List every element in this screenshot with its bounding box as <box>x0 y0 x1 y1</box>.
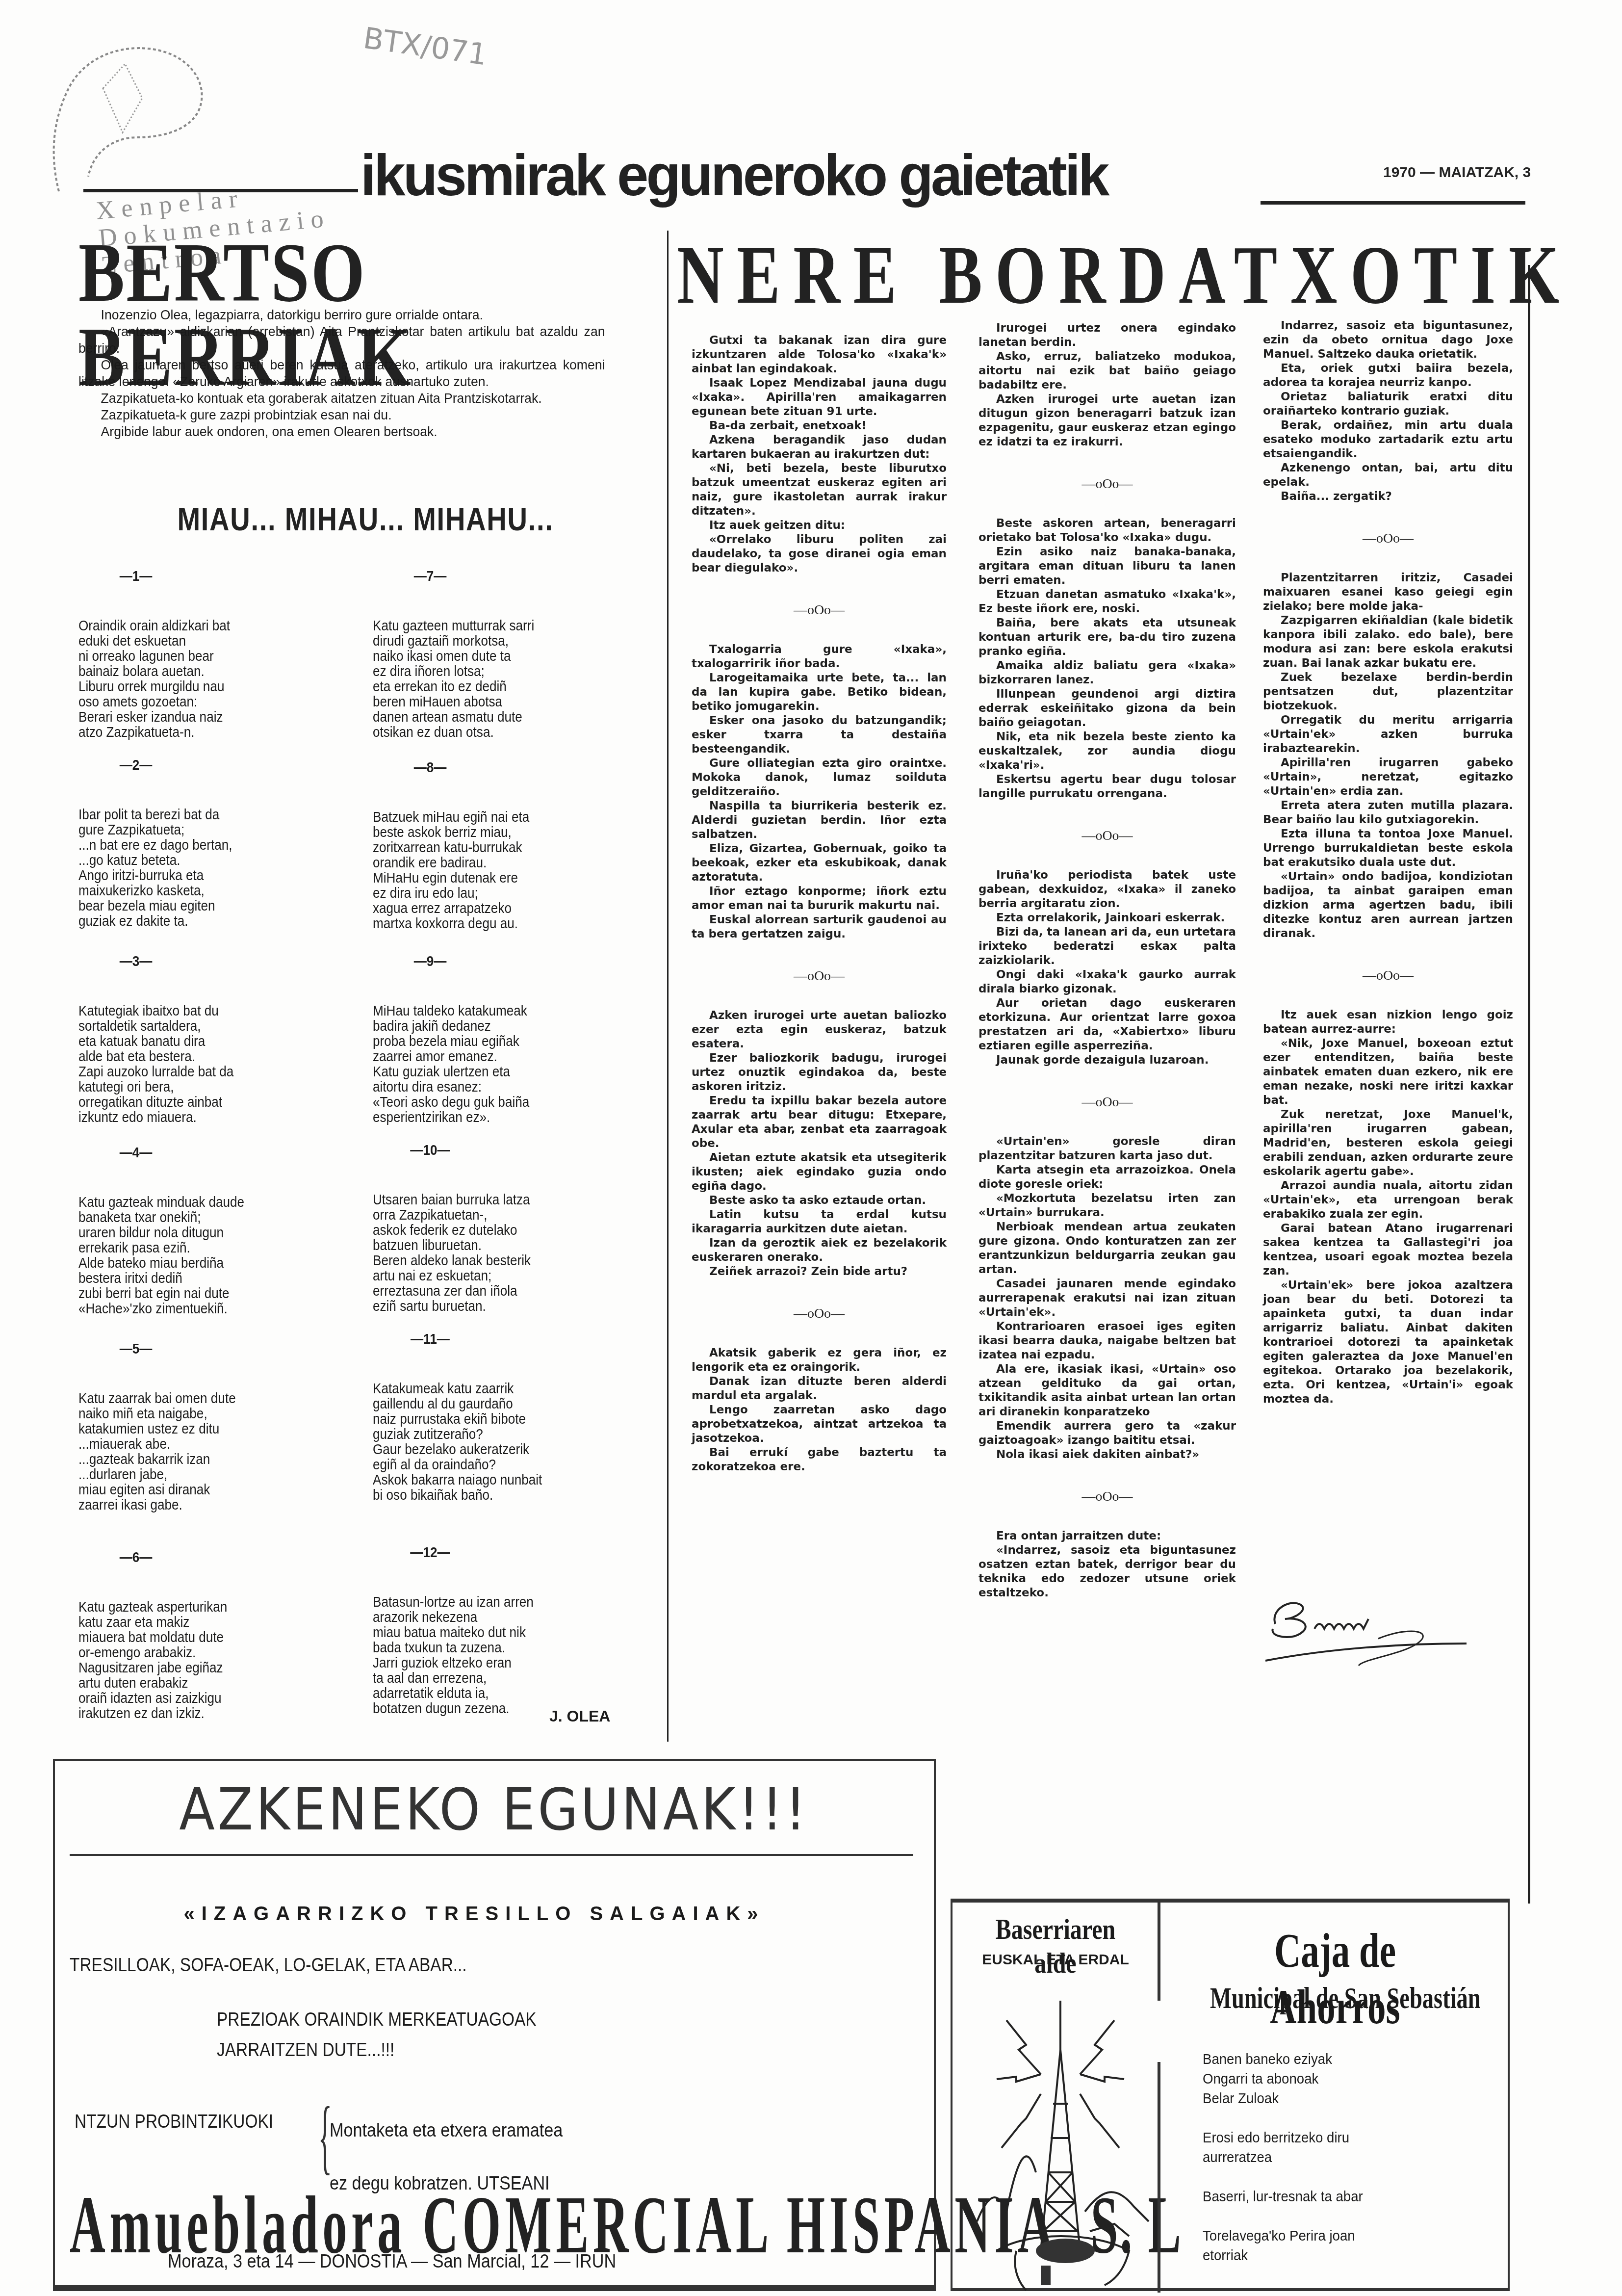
ad-items: TRESILLOAK, SOFA-OEAK, LO-GELAK, ETA ABA… <box>70 1955 467 1976</box>
article-paragraph: Bai errukí gabe baztertu ta zokoratzekoa… <box>692 1446 947 1474</box>
service-item: Erosi edo berritzeko diru <box>1203 2128 1455 2148</box>
service-group: Torelavega'ko Perira joan etorriak <box>1203 2226 1455 2266</box>
article-paragraph: Latin kutsu ta erdal kutsu ikaragarria a… <box>692 1208 947 1236</box>
ad-left-subtitle: EUSKAL ETA ERDAL <box>957 1952 1154 1968</box>
ad-rule <box>70 1854 913 1856</box>
article-paragraph: Txalogarria gure «Ixaka», txalogarririk … <box>692 643 947 671</box>
section-separator: —oOo— <box>1263 968 1513 983</box>
section-separator: —oOo— <box>978 1095 1236 1109</box>
intro-paragraph: Inozenzio Olea, legazpiarra, datorkigu b… <box>78 307 605 323</box>
article-paragraph: Ezta illuna ta tontoa Joxe Manuel. Urren… <box>1263 827 1513 870</box>
author-signature-olea: J. OLEA <box>549 1707 610 1725</box>
article-paragraph: Orietaz baliaturik eratxi ditu oraiñarte… <box>1263 390 1513 418</box>
stanza-lines: Katutegiak ibaitxo bat du sortaldetik sa… <box>78 1004 308 1125</box>
article-paragraph: Casadei jaunaren mende egindako aurrerap… <box>978 1277 1236 1320</box>
stanza-lines: Utsaren baian burruka latza orra Zazpika… <box>373 1193 602 1314</box>
stanza: —5—Katu zaarrak bai omen dute naiko miñ … <box>78 1342 308 1513</box>
stanza: —6—Katu gazteak asperturikan katu zaar e… <box>78 1550 308 1722</box>
article-paragraph: «Urtain'ek» bere jokoa azaltzera joan be… <box>1263 1278 1513 1407</box>
handwritten-reference: BTX/071 <box>361 21 489 73</box>
article-paragraph: Baiña... zergatik? <box>1263 490 1513 504</box>
ad-divider <box>1158 2062 1160 2293</box>
article-paragraph: Eredu ta ixpillu bakar bezela autore zaa… <box>692 1094 947 1151</box>
service-group: Banen baneko eziyak Ongarri ta abonoak B… <box>1203 2050 1455 2109</box>
section-separator: —oOo— <box>692 1306 947 1321</box>
service-item: Banen baneko eziyak <box>1203 2050 1455 2069</box>
article-paragraph: Orregatik du meritu arrigarria «Urtain'e… <box>1263 713 1513 756</box>
stanza: —11—Katakumeak katu zaarrik gaillendu al… <box>373 1332 602 1503</box>
article-paragraph: Amaika aldiz baliatu gera «Ixaka» bizkor… <box>978 659 1236 687</box>
article-paragraph: Baiña, bere akats eta utsuneak kontuan a… <box>978 616 1236 659</box>
stanza: —2—Ibar polit ta berezi bat da gure Zazp… <box>78 758 308 929</box>
article-paragraph: Eta, oriek gutxi baiira bezela, adorea t… <box>1263 362 1513 390</box>
stanza-lines: Katu gazteak minduak daude banaketa txar… <box>78 1195 308 1317</box>
article-paragraph: Danak izan dituzte beren alderdi mardul … <box>692 1375 947 1403</box>
masthead-rule-left <box>83 189 358 192</box>
ad-province-label: NTZUN PROBINTZIKUOKI <box>75 2112 273 2133</box>
stanza: —9—MiHau taldeko katakumeak badira jakiñ… <box>373 954 602 1125</box>
article-paragraph: Itz auek esan nizkion lengo goiz batean … <box>1263 1008 1513 1037</box>
article-paragraph: Iñor eztago konporme; iñork eztu amor em… <box>692 885 947 913</box>
article-paragraph: Nik, eta nik bezela beste ziento ka eusk… <box>978 730 1236 773</box>
article-paragraph: Isaak Lopez Mendizabal jauna dugu «Ixaka… <box>692 376 947 419</box>
column-divider-right <box>1528 265 1530 1904</box>
stanza-number: —6— <box>78 1550 193 1565</box>
bertso-intro: Inozenzio Olea, legazpiarra, datorkigu b… <box>78 307 605 440</box>
ad-prices: PREZIOAK ORAINDIK MERKEATUAGOAK JARRAITZ… <box>217 2005 537 2065</box>
issue-date: 1970 — MAIATZAK, 3 <box>1383 164 1531 181</box>
bank-subtitle: Municipal de San Sebastián <box>1210 1981 1460 2016</box>
article-paragraph: Zeiñek arrazoi? Zein bide artu? <box>692 1265 947 1279</box>
article-paragraph: «Urtain» ondo badijoa, kondiziotan badij… <box>1263 870 1513 941</box>
intro-paragraph: Zazpikatueta-k gure zazpi probintziak es… <box>78 407 605 423</box>
article-paragraph: «Orrelako liburu politen zai daudelako, … <box>692 533 947 575</box>
article-paragraph: Nerbioak mendean artua zeukaten gure giz… <box>978 1220 1236 1277</box>
stanza: —8—Batzuek miHau egiñ nai eta beste asko… <box>373 760 602 932</box>
article-paragraph: Larogeitamaika urte bete, ta... lan da l… <box>692 671 947 714</box>
section-separator: —oOo— <box>692 969 947 983</box>
stanza-number: —3— <box>78 954 193 969</box>
article-paragraph: Irurogei urtez onera egindako lanetan be… <box>978 321 1236 350</box>
ad-address: Moraza, 3 eta 14 — DONOSTIA — San Marcia… <box>168 2251 616 2272</box>
ad-left-title: Baserriaren alde <box>977 1912 1134 1980</box>
article-paragraph: Aur orietan dago euskeraren etorkizuna. … <box>978 996 1236 1053</box>
article-paragraph: Beste askoren artean, beneragarri orieta… <box>978 517 1236 545</box>
stanza-number: —10— <box>373 1143 488 1158</box>
article-paragraph: Euskal alorrean sarturik gaudenoi au ta … <box>692 913 947 941</box>
article-paragraph: Esker ona jasoko du batzungandik; esker … <box>692 714 947 757</box>
article-paragraph: Ba-da zerbait, enetxoak! <box>692 419 947 433</box>
article-paragraph: Apirilla'ren irugarren gabeko «Urtain», … <box>1263 756 1513 799</box>
article-paragraph: Garai batean Atano irugarrenari sakea ke… <box>1263 1222 1513 1278</box>
article-paragraph: Eliza, Gizartea, Gobernuak, goiko ta bee… <box>692 842 947 885</box>
stanza-number: —9— <box>373 954 488 969</box>
article-paragraph: Azken irurogei urte auetan baliozko ezer… <box>692 1009 947 1051</box>
article-paragraph: Eskertsu agertu bear dugu tolosar langil… <box>978 773 1236 801</box>
article-paragraph: Iruña'ko periodista batek uste gabean, d… <box>978 868 1236 911</box>
article-paragraph: Gure olliategian ezta giro oraintxe. Mok… <box>692 757 947 799</box>
ad-prices-line: JARRAITZEN DUTE...!!! <box>217 2035 537 2065</box>
poem-title: MIAU... MIHAU... MIHAHU... <box>167 500 564 538</box>
section-separator: —oOo— <box>1263 531 1513 546</box>
article-paragraph: Beste asko ta asko eztaude ortan. <box>692 1194 947 1208</box>
article-paragraph: Lengo zaarretan asko dago aprobetxatzeko… <box>692 1403 947 1446</box>
stanza-number: —4— <box>78 1146 193 1161</box>
intro-paragraph: «Arantzazu» aldizkarian (errebistan) Ait… <box>78 323 605 357</box>
intro-paragraph: Zazpikatueta-ko kontuak eta goraberak ai… <box>78 390 605 407</box>
ad-service-line: Montaketa eta etxera eramatea <box>330 2104 563 2157</box>
article-column-2: Irurogei urtez onera egindako lanetan be… <box>978 321 1236 1600</box>
handwritten-signature-baxarri-icon <box>1256 1590 1481 1668</box>
ad-headline: AZKENEKO EGUNAK!!! <box>112 1775 876 1843</box>
article-paragraph: Kontrarioaren erasoei iges egiten ikasi … <box>978 1320 1236 1362</box>
article-paragraph: Plazentzitarren iritziz, Casadei maixuar… <box>1263 571 1513 614</box>
article-paragraph: Izan da geroztik aiek ez bezelakorik eus… <box>692 1236 947 1265</box>
article-paragraph: Azkenengo ontan, bai, artu ditu epelak. <box>1263 461 1513 490</box>
article-paragraph: Zuek bezelaxe berdin-berdin pentsatzen d… <box>1263 671 1513 713</box>
advertisement-comercial-hispania: AZKENEKO EGUNAK!!! «IZAGARRIZKO TRESILLO… <box>53 1759 936 2291</box>
article-paragraph: Illunpean geundenoi argi diztira ederrak… <box>978 687 1236 730</box>
article-paragraph: «Mozkortuta bezelatsu irten zan «Urtain»… <box>978 1192 1236 1220</box>
article-paragraph: Zuk neretzat, Joxe Manuel'k, apirilla're… <box>1263 1108 1513 1179</box>
article-paragraph: Arrazoi aundia nuala, aitortu zidan «Urt… <box>1263 1179 1513 1222</box>
stanza: —3—Katutegiak ibaitxo bat du sortaldetik… <box>78 954 308 1125</box>
article-paragraph: Berak, ordaiñez, min artu duala esateko … <box>1263 418 1513 461</box>
stanza-lines: MiHau taldeko katakumeak badira jakiñ de… <box>373 1004 602 1125</box>
article-paragraph: «Nik, Joxe Manuel, boxeoan eztut ezer en… <box>1263 1037 1513 1108</box>
stanza: —10—Utsaren baian burruka latza orra Zaz… <box>373 1143 602 1314</box>
service-group: Baserri, lur-tresnak ta abar <box>1203 2187 1455 2207</box>
ad-divider <box>1158 1903 1160 2001</box>
article-column-3: Indarrez, sasoiz eta biguntasunez, ezin … <box>1263 319 1513 1407</box>
column-divider <box>667 231 669 1742</box>
article-paragraph: Gutxi ta bakanak izan dira gure izkuntza… <box>692 334 947 376</box>
service-item: Ongarri ta abonoak <box>1203 2069 1455 2089</box>
article-paragraph: Naspilla ta biurrikeria besterik ez. Ald… <box>692 799 947 842</box>
service-item: Belar Zuloak <box>1203 2089 1455 2109</box>
stanza-lines: Batasun-lortze au izan arren arazorik ne… <box>373 1595 602 1717</box>
stanza-number: —5— <box>78 1342 193 1357</box>
stanza-number: —8— <box>373 760 488 776</box>
article-paragraph: «Indarrez, sasoiz eta biguntasunez osatz… <box>978 1543 1236 1600</box>
stanza-number: —7— <box>373 569 488 584</box>
article-paragraph: Emendik aurrera gero ta «zakur gaiztoago… <box>978 1419 1236 1448</box>
bank-services-list: Banen baneko eziyak Ongarri ta abonoak B… <box>1203 2050 1455 2285</box>
article-paragraph: Karta atsegin eta arrazoizkoa. Onela dio… <box>978 1163 1236 1192</box>
section-separator: —oOo— <box>978 829 1236 843</box>
stanza-number: —2— <box>78 758 193 773</box>
article-paragraph: «Ni, beti bezela, beste liburutxo batzuk… <box>692 462 947 519</box>
article-paragraph: Indarrez, sasoiz eta biguntasunez, ezin … <box>1263 319 1513 362</box>
article-paragraph: Aietan eztute akatsik eta utsegiterik ik… <box>692 1151 947 1194</box>
article-paragraph: «Urtain'en» goresle diran plazentzitar b… <box>978 1135 1236 1163</box>
service-item: Baserri, lur-tresnak ta abar <box>1203 2187 1455 2207</box>
article-paragraph: Etzuan danetan asmatuko «Ixaka'k», Ez be… <box>978 588 1236 616</box>
stanza-number: —12— <box>373 1545 488 1561</box>
stanza-number: —1— <box>78 569 193 584</box>
stanza: —1—Oraindik orain aldizkari bat eduki de… <box>78 569 308 740</box>
article-paragraph: Erreta atera zuten mutilla plazara. Bear… <box>1263 799 1513 827</box>
article-paragraph: Ezta orrelakorik, Jainkoari eskerrak. <box>978 911 1236 925</box>
advertisement-caja-de-ahorros: Baserriaren alde EUSKAL ETA ERDAL Caja d… <box>951 1899 1510 2291</box>
section-separator: —oOo— <box>692 603 947 617</box>
intro-paragraph: Argibide labur auek ondoren, ona emen Ol… <box>78 423 605 440</box>
masthead-rule-right <box>1261 201 1525 205</box>
article-paragraph: Itz auek geitzen ditu: <box>692 519 947 533</box>
stanza: —4—Katu gazteak minduak daude banaketa t… <box>78 1146 308 1317</box>
article-column-1: Gutxi ta bakanak izan dira gure izkuntza… <box>692 334 947 1474</box>
stanza-number: —11— <box>373 1332 488 1347</box>
ad-prices-line: PREZIOAK ORAINDIK MERKEATUAGOAK <box>217 2005 537 2035</box>
masthead-title: ikusmirak eguneroko gaietatik <box>360 142 1107 209</box>
article-paragraph: Azkena beragandik jaso dudan kartaren bu… <box>692 433 947 462</box>
stanza-lines: Katakumeak katu zaarrik gaillendu al du … <box>373 1382 602 1503</box>
stanza: —7—Katu gazteen mutturrak sarri dirudi g… <box>373 569 602 740</box>
section-header-nere-bordatxotik: NERE BORDATXOTIK <box>677 233 1342 316</box>
service-item: aurreratzea <box>1203 2148 1455 2167</box>
service-item: Torelavega'ko Perira joan <box>1203 2226 1455 2246</box>
article-paragraph: Ongi daki «Ixaka'k gaurko aurrak dirala … <box>978 968 1236 996</box>
article-paragraph: Ezer baliozkorik badugu, irurogei urtez … <box>692 1051 947 1094</box>
article-paragraph: Ala ere, ikasiak ikasi, «Urtain» oso atz… <box>978 1362 1236 1419</box>
section-separator: —oOo— <box>978 477 1236 491</box>
article-paragraph: Ezin asiko naiz banaka-banaka, argitara … <box>978 545 1236 588</box>
service-item: etorriak <box>1203 2246 1455 2266</box>
article-paragraph: Era ontan jarraitzen dute: <box>978 1529 1236 1543</box>
article-paragraph: Azken irurogei urte auetan izan ditugun … <box>978 392 1236 449</box>
radio-tower-illustration-icon <box>967 1976 1154 2295</box>
stanza-lines: Batzuek miHau egiñ nai eta beste askok b… <box>373 810 602 932</box>
stanza-lines: Oraindik orain aldizkari bat eduki det e… <box>78 619 308 740</box>
stanza: —12—Batasun-lortze au izan arren arazori… <box>373 1545 602 1717</box>
stanza-lines: Katu gazteak asperturikan katu zaar eta … <box>78 1600 308 1722</box>
article-paragraph: Akatsik gaberik ez gera iñor, ez lengori… <box>692 1346 947 1375</box>
article-paragraph: Bizi da, ta lanean ari da, eun urtetara … <box>978 925 1236 968</box>
stanza-lines: Ibar polit ta berezi bat da gure Zazpika… <box>78 808 308 929</box>
article-paragraph: Zazpigarren ekiñaldian (kale bidetik kan… <box>1263 614 1513 671</box>
stanza-lines: Katu zaarrak bai omen dute naiko miñ eta… <box>78 1391 308 1513</box>
ad-subhead: «IZAGARRIZKO TRESILLO SALGAIAK» <box>94 1903 854 1925</box>
section-separator: —oOo— <box>978 1489 1236 1504</box>
article-paragraph: Nola ikasi aiek dakiten ainbat?» <box>978 1448 1236 1462</box>
service-group: Erosi edo berritzeko diru aurreratzea <box>1203 2128 1455 2167</box>
bank-name: Caja de Ahorros <box>1210 1922 1460 2035</box>
stanza-lines: Katu gazteen mutturrak sarri dirudi gazt… <box>373 619 602 740</box>
intro-paragraph: Olea jaunaren bertso aueri beren kutsua … <box>78 357 605 390</box>
article-paragraph: Jaunak gorde dezaigula luzaroan. <box>978 1053 1236 1068</box>
article-paragraph: Asko, erruz, baliatzeko modukoa, aitortu… <box>978 350 1236 392</box>
archive-stamp-icon <box>39 29 314 196</box>
